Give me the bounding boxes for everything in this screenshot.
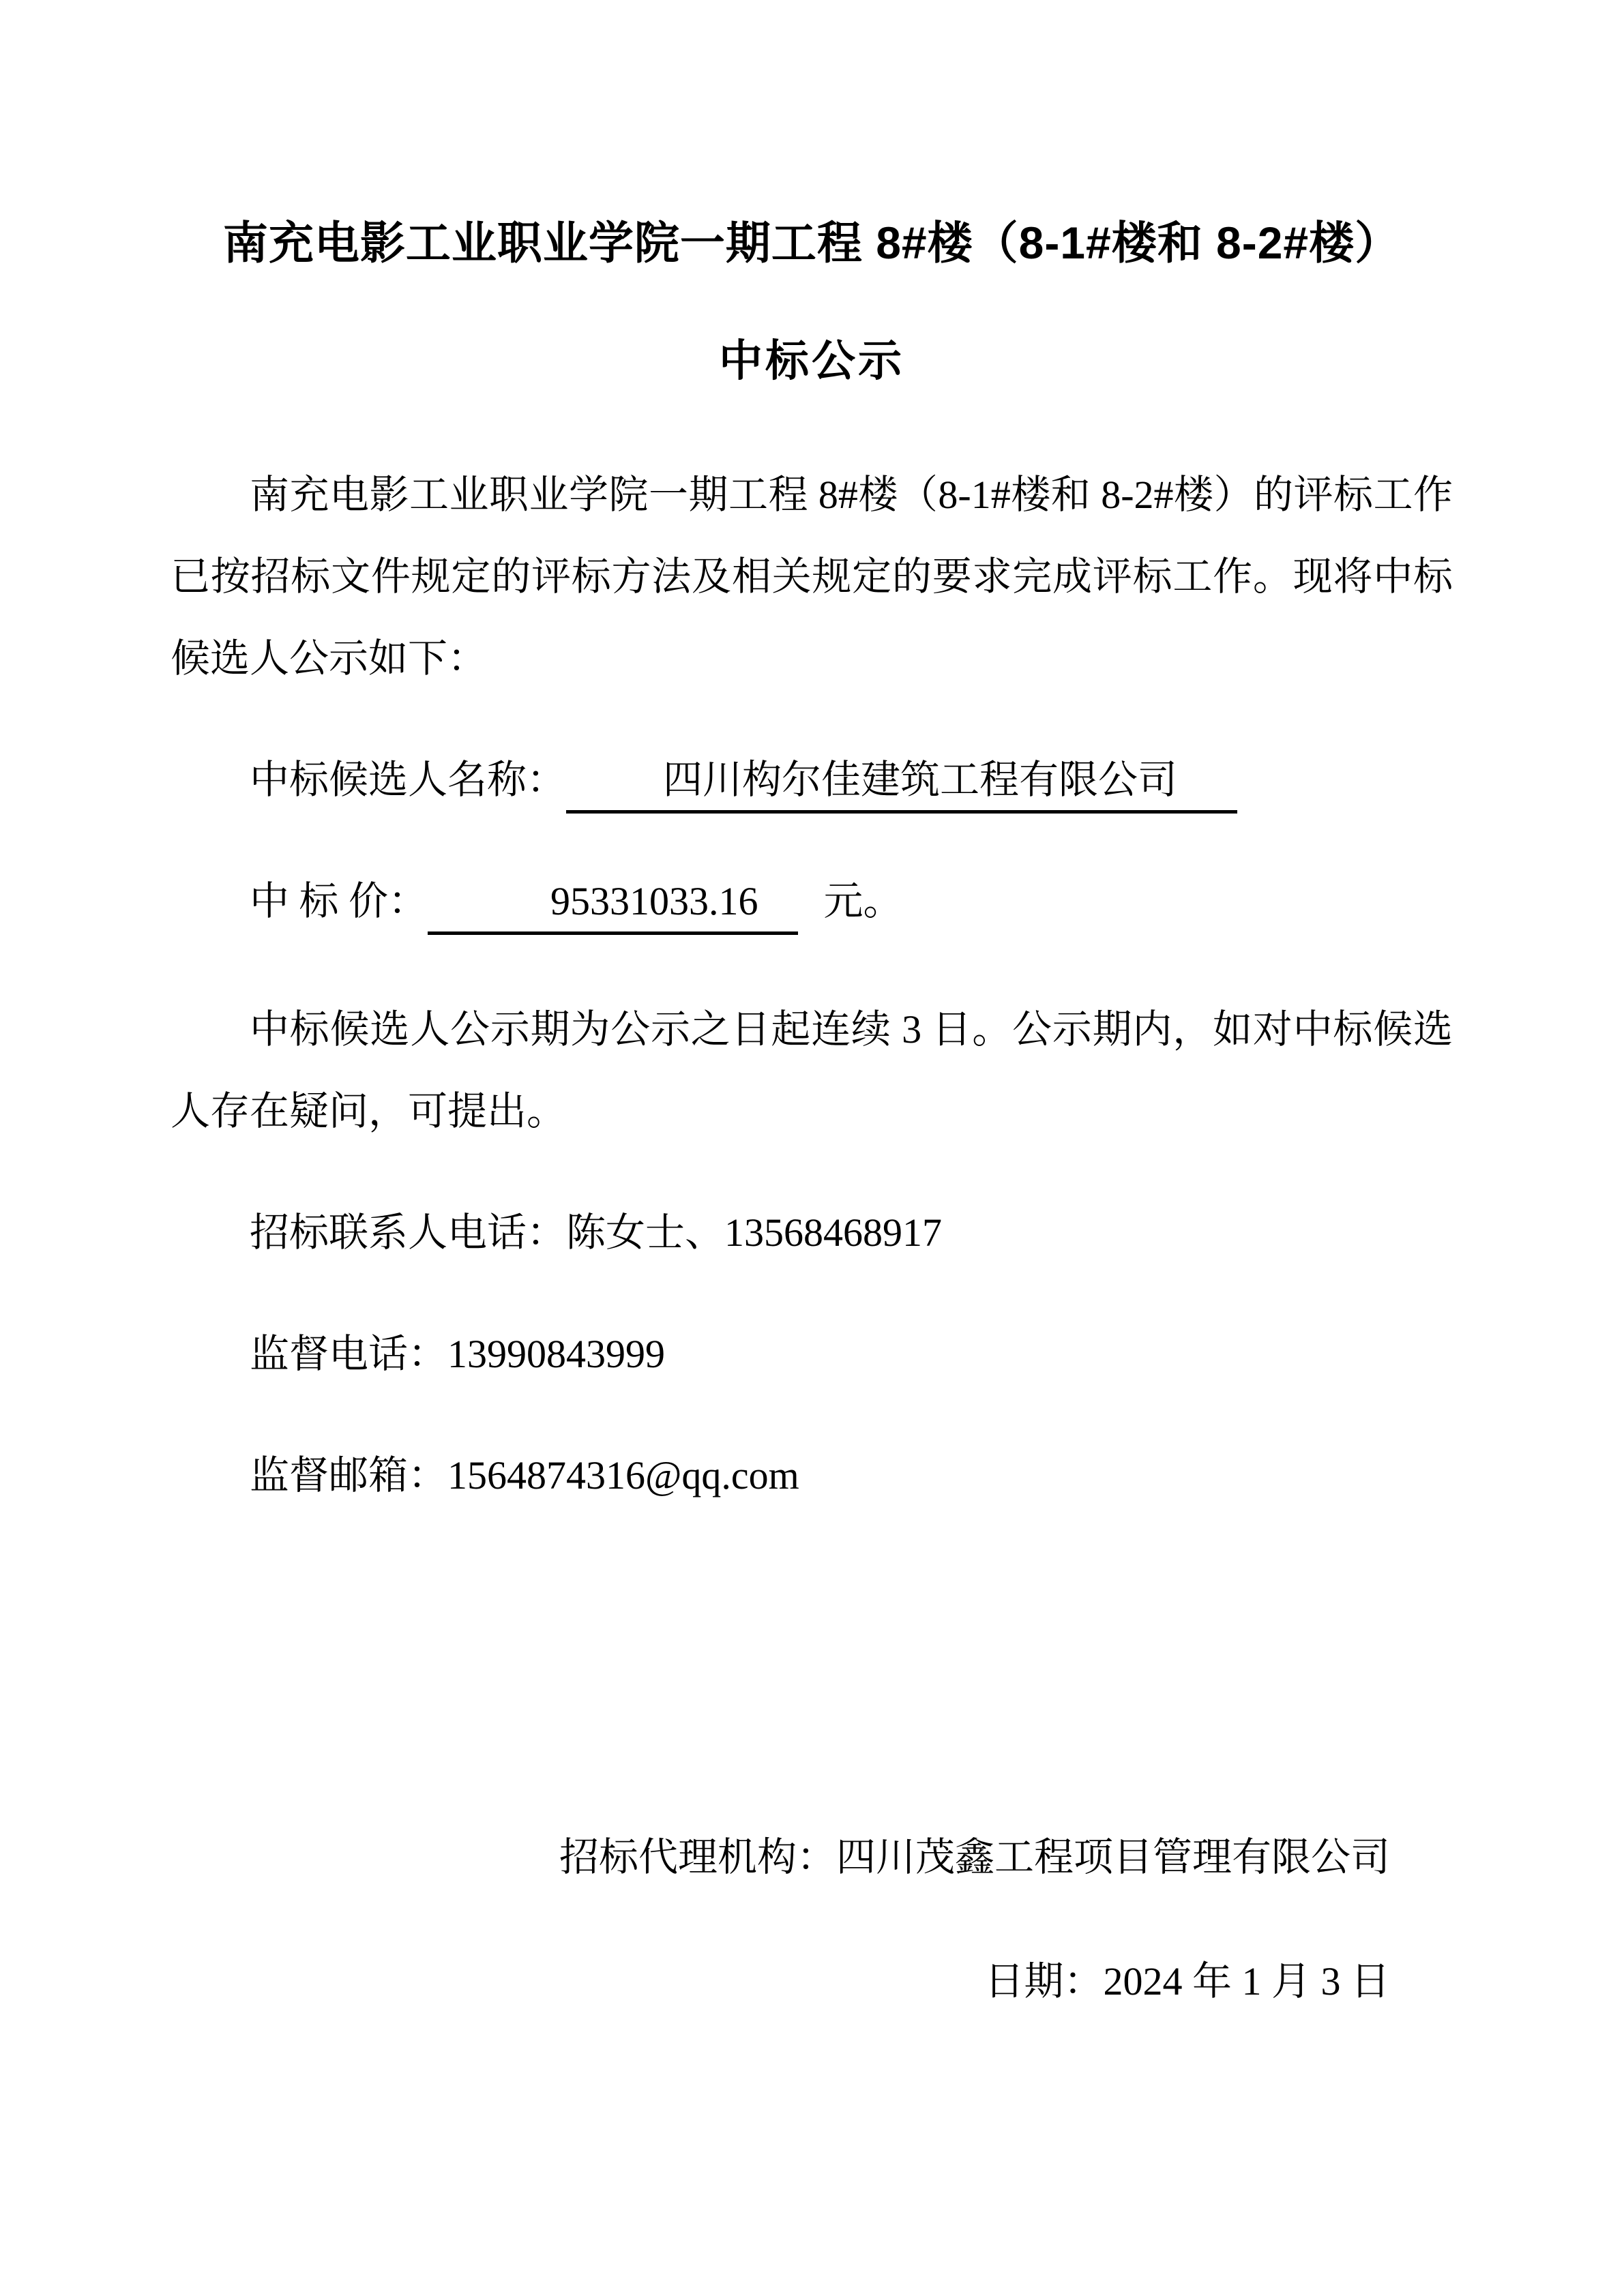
date-line: 日期：2024 年 1 月 3 日 bbox=[171, 1941, 1390, 2023]
supervision-email-line: 监督邮箱：1564874316@qq.com bbox=[171, 1435, 1453, 1517]
publicity-period-paragraph: 中标候选人公示期为公示之日起连续 3 日。公示期内，如对中标候选人存在疑问，可提… bbox=[171, 989, 1453, 1152]
winner-label: 中标候选人名称： bbox=[250, 758, 566, 802]
intro-paragraph: 南充电影工业职业学院一期工程 8#楼（8-1#楼和 8-2#楼）的评标工作已按招… bbox=[171, 454, 1453, 700]
price-label: 中 标 价： bbox=[250, 879, 428, 923]
document-page: 南充电影工业职业学院一期工程 8#楼（8-1#楼和 8-2#楼） 中标公示 南充… bbox=[0, 0, 1624, 2296]
price-suffix: 元。 bbox=[824, 879, 903, 923]
document-subtitle: 中标公示 bbox=[171, 330, 1453, 391]
winner-line: 中标候选人名称：四川构尔佳建筑工程有限公司 bbox=[171, 739, 1453, 821]
contact-line: 招标联系人电话：陈女士、13568468917 bbox=[171, 1192, 1453, 1274]
document-title: 南充电影工业职业学院一期工程 8#楼（8-1#楼和 8-2#楼） bbox=[171, 211, 1453, 274]
supervision-phone-line: 监督电话：13990843999 bbox=[171, 1313, 1453, 1395]
winner-value: 四川构尔佳建筑工程有限公司 bbox=[566, 753, 1237, 814]
price-line: 中 标 价：95331033.16元。 bbox=[171, 861, 1453, 942]
agency-line: 招标代理机构：四川茂鑫工程项目管理有限公司 bbox=[171, 1817, 1390, 1898]
price-value: 95331033.16 bbox=[428, 874, 798, 935]
